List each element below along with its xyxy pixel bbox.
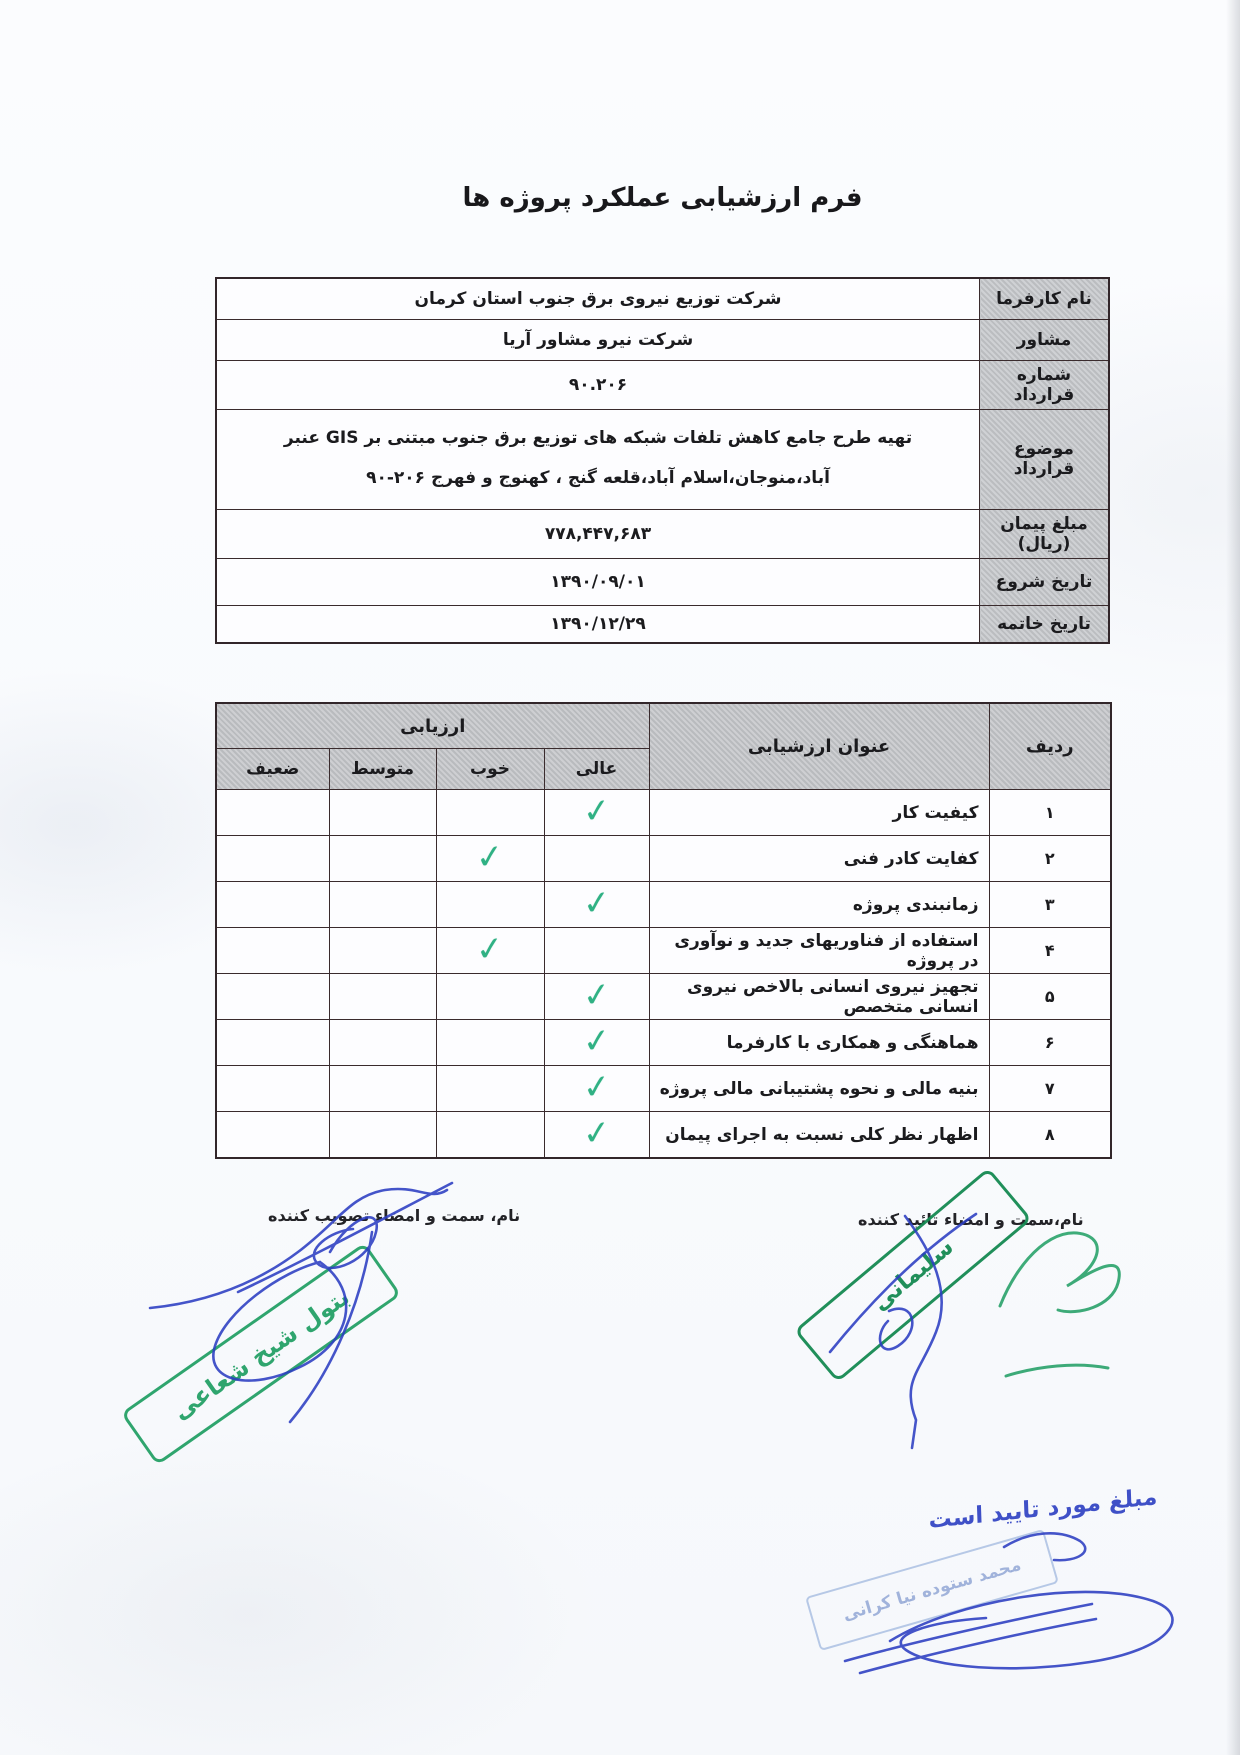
rating-cell bbox=[329, 1112, 436, 1159]
rating-cell bbox=[436, 1066, 544, 1112]
info-label-client: نام کارفرما bbox=[980, 278, 1110, 319]
rating-cell: ✓ bbox=[436, 928, 544, 974]
rating-cell bbox=[216, 790, 329, 836]
info-value-contract-number: ۹۰.۲۰۶ bbox=[216, 360, 980, 409]
header-rating-good: خوب bbox=[436, 749, 544, 790]
table-header-row: ردیف عنوان ارزشیابی ارزیابی bbox=[216, 703, 1111, 749]
info-value-consultant: شرکت نیرو مشاور آریا bbox=[216, 319, 980, 360]
criterion-label: تجهیز نیروی انسانی بالاخص نیروی انسانی م… bbox=[649, 974, 989, 1020]
checkmark-icon: ✓ bbox=[581, 977, 612, 1013]
table-row: ۲ کفایت کادر فنی ✓ bbox=[216, 836, 1111, 882]
criterion-label: هماهنگی و همکاری با کارفرما bbox=[649, 1020, 989, 1066]
info-label-consultant: مشاور bbox=[980, 319, 1110, 360]
table-row: ۳ زمانبندی پروژه ✓ bbox=[216, 882, 1111, 928]
table-row: موضوع قرارداد تهیه طرح جامع کاهش تلفات ش… bbox=[216, 409, 1109, 509]
rating-cell bbox=[216, 1066, 329, 1112]
info-label-contract-amount: مبلغ پیمان (ریال) bbox=[980, 509, 1110, 558]
criterion-label: کیفیت کار bbox=[649, 790, 989, 836]
evaluation-table: ردیف عنوان ارزشیابی ارزیابی عالی خوب متو… bbox=[215, 702, 1112, 1159]
info-value-end-date: ۱۳۹۰/۱۲/۲۹ bbox=[216, 605, 980, 643]
verifier-green-signature bbox=[1000, 1233, 1119, 1376]
criterion-label: اظهار نظر کلی نسبت به اجرای پیمان bbox=[649, 1112, 989, 1159]
rating-cell bbox=[544, 928, 649, 974]
table-row: نام کارفرما شرکت توزیع نیروی برق جنوب اس… bbox=[216, 278, 1109, 319]
rating-cell bbox=[436, 974, 544, 1020]
table-row: ۴ استفاده از فناوریهای جدید و نوآوری در … bbox=[216, 928, 1111, 974]
checkmark-icon: ✓ bbox=[581, 1069, 612, 1105]
verifier-stamp: سلیمانی bbox=[794, 1167, 1032, 1382]
table-row: ۶ هماهنگی و همکاری با کارفرما ✓ bbox=[216, 1020, 1111, 1066]
table-row: مشاور شرکت نیرو مشاور آریا bbox=[216, 319, 1109, 360]
row-number: ۷ bbox=[989, 1066, 1111, 1112]
criterion-label: استفاده از فناوریهای جدید و نوآوری در پر… bbox=[649, 928, 989, 974]
rating-cell: ✓ bbox=[544, 790, 649, 836]
header-evaluation-title: عنوان ارزشیابی bbox=[649, 703, 989, 790]
row-number: ۴ bbox=[989, 928, 1111, 974]
info-value-client: شرکت توزیع نیروی برق جنوب استان کرمان bbox=[216, 278, 980, 319]
info-label-end-date: تاریخ خاتمه bbox=[980, 605, 1110, 643]
checkmark-icon: ✓ bbox=[581, 885, 612, 921]
bottom-faint-stamp: محمد ستوده نیا کرانی bbox=[805, 1529, 1059, 1651]
contract-info-table: نام کارفرما شرکت توزیع نیروی برق جنوب اس… bbox=[215, 277, 1110, 644]
rating-cell bbox=[329, 836, 436, 882]
checkmark-icon: ✓ bbox=[581, 1115, 612, 1151]
approver-signature-label: نام، سمت و امضاء تصویب کننده bbox=[268, 1206, 520, 1225]
table-row: ۱ کیفیت کار ✓ bbox=[216, 790, 1111, 836]
rating-cell: ✓ bbox=[436, 836, 544, 882]
info-value-start-date: ۱۳۹۰/۰۹/۰۱ bbox=[216, 558, 980, 605]
rating-cell bbox=[329, 928, 436, 974]
rating-cell bbox=[544, 836, 649, 882]
rating-cell bbox=[216, 836, 329, 882]
rating-cell: ✓ bbox=[544, 1112, 649, 1159]
header-row-number: ردیف bbox=[989, 703, 1111, 790]
amount-approved-note: مبلغ مورد تایید است bbox=[928, 1484, 1158, 1534]
checkmark-icon: ✓ bbox=[581, 1023, 612, 1059]
row-number: ۲ bbox=[989, 836, 1111, 882]
approver-stamp: بتول شیخ شعاعی bbox=[121, 1242, 402, 1465]
rating-cell bbox=[436, 1020, 544, 1066]
row-number: ۳ bbox=[989, 882, 1111, 928]
row-number: ۵ bbox=[989, 974, 1111, 1020]
row-number: ۸ bbox=[989, 1112, 1111, 1159]
header-rating-excellent: عالی bbox=[544, 749, 649, 790]
rating-cell bbox=[329, 1020, 436, 1066]
criterion-label: بنیه مالی و نحوه پشتیبانی مالی پروژه bbox=[649, 1066, 989, 1112]
info-value-contract-subject: تهیه طرح جامع کاهش تلفات شبکه های توزیع … bbox=[216, 409, 980, 509]
rating-cell bbox=[216, 928, 329, 974]
rating-cell bbox=[436, 790, 544, 836]
rating-cell bbox=[329, 882, 436, 928]
scanned-form-page: فرم ارزشیابی عملکرد پروژه ها نام کارفرما… bbox=[0, 0, 1240, 1755]
rating-cell: ✓ bbox=[544, 1020, 649, 1066]
table-row: تاریخ شروع ۱۳۹۰/۰۹/۰۱ bbox=[216, 558, 1109, 605]
rating-cell bbox=[436, 882, 544, 928]
rating-cell bbox=[216, 882, 329, 928]
rating-cell: ✓ bbox=[544, 974, 649, 1020]
rating-cell bbox=[436, 1112, 544, 1159]
scan-edge-shadow bbox=[1226, 0, 1240, 1755]
info-label-contract-subject: موضوع قرارداد bbox=[980, 409, 1110, 509]
rating-cell bbox=[329, 974, 436, 1020]
table-row: ۷ بنیه مالی و نحوه پشتیبانی مالی پروژه ✓ bbox=[216, 1066, 1111, 1112]
header-rating-weak: ضعیف bbox=[216, 749, 329, 790]
table-row: مبلغ پیمان (ریال) ۷۷۸,۴۴۷,۶۸۳ bbox=[216, 509, 1109, 558]
rating-cell bbox=[329, 1066, 436, 1112]
info-label-contract-number: شماره قرارداد bbox=[980, 360, 1110, 409]
checkmark-icon: ✓ bbox=[474, 931, 505, 967]
rating-cell: ✓ bbox=[544, 1066, 649, 1112]
criterion-label: زمانبندی پروژه bbox=[649, 882, 989, 928]
row-number: ۱ bbox=[989, 790, 1111, 836]
header-rating-group: ارزیابی bbox=[216, 703, 649, 749]
info-label-start-date: تاریخ شروع bbox=[980, 558, 1110, 605]
table-row: ۵ تجهیز نیروی انسانی بالاخص نیروی انسانی… bbox=[216, 974, 1111, 1020]
table-row: ۸ اظهار نظر کلی نسبت به اجرای پیمان ✓ bbox=[216, 1112, 1111, 1159]
header-rating-average: متوسط bbox=[329, 749, 436, 790]
rating-cell bbox=[216, 1020, 329, 1066]
rating-cell: ✓ bbox=[544, 882, 649, 928]
rating-cell bbox=[329, 790, 436, 836]
criterion-label: کفایت کادر فنی bbox=[649, 836, 989, 882]
table-row: شماره قرارداد ۹۰.۲۰۶ bbox=[216, 360, 1109, 409]
checkmark-icon: ✓ bbox=[474, 839, 505, 875]
page-title: فرم ارزشیابی عملکرد پروژه ها bbox=[215, 183, 1110, 213]
info-value-contract-amount: ۷۷۸,۴۴۷,۶۸۳ bbox=[216, 509, 980, 558]
checkmark-icon: ✓ bbox=[581, 793, 612, 829]
row-number: ۶ bbox=[989, 1020, 1111, 1066]
table-row: تاریخ خاتمه ۱۳۹۰/۱۲/۲۹ bbox=[216, 605, 1109, 643]
rating-cell bbox=[216, 974, 329, 1020]
rating-cell bbox=[216, 1112, 329, 1159]
